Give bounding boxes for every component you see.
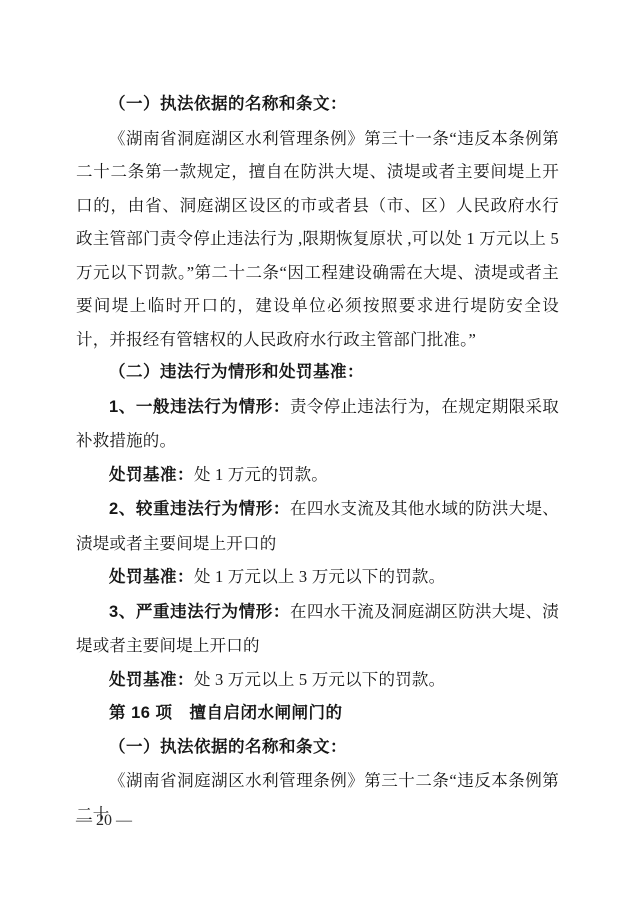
paragraph-text: （一）执法依据的名称和条文： bbox=[109, 738, 347, 756]
document-page: （一）执法依据的名称和条文：《湖南省洞庭湖区水利管理条例》第三十一条“违反本条例… bbox=[0, 0, 635, 898]
paragraph-text: 《湖南省洞庭湖区水利管理条例》第三十一条“违反本条例第二十二条第一款规定，擅自在… bbox=[76, 129, 559, 349]
paragraph: 《湖南省洞庭湖区水利管理条例》第三十二条“违反本条例第二十 bbox=[76, 764, 559, 831]
paragraph-text: 处 1 万元的罚款。 bbox=[194, 465, 328, 484]
item-label: 1、一般违法行为情形： bbox=[109, 398, 290, 416]
section-heading: （一）执法依据的名称和条文： bbox=[76, 88, 559, 122]
paragraph-text: 处 1 万元以上 3 万元以下的罚款。 bbox=[194, 567, 445, 586]
paragraph: 处罚基准：处 1 万元以上 3 万元以下的罚款。 bbox=[76, 560, 559, 595]
section-heading: 第 16 项 擅自启闭水闸闸门的 bbox=[76, 697, 559, 731]
item-label: 2、较重违法行为情形： bbox=[109, 500, 290, 518]
item-label: 3、严重违法行为情形： bbox=[109, 603, 290, 621]
item-label: 处罚基准： bbox=[109, 671, 194, 689]
document-body: （一）执法依据的名称和条文：《湖南省洞庭湖区水利管理条例》第三十一条“违反本条例… bbox=[76, 88, 559, 831]
paragraph-text: 第 16 项 擅自启闭水闸闸门的 bbox=[109, 704, 343, 722]
paragraph-text: 《湖南省洞庭湖区水利管理条例》第三十二条“违反本条例第二十 bbox=[76, 771, 559, 824]
item-label: 处罚基准： bbox=[109, 466, 194, 484]
section-heading: （一）执法依据的名称和条文： bbox=[76, 731, 559, 765]
paragraph-text: （二）违法行为情形和处罚基准： bbox=[109, 363, 364, 381]
paragraph: 处罚基准：处 3 万元以上 5 万元以下的罚款。 bbox=[76, 663, 559, 698]
item-label: 处罚基准： bbox=[109, 568, 194, 586]
section-heading: （二）违法行为情形和处罚基准： bbox=[76, 356, 559, 390]
paragraph: 1、一般违法行为情形：责令停止违法行为，在规定期限采取补救措施的。 bbox=[76, 390, 559, 458]
page-number-text: — 20 — bbox=[76, 812, 132, 829]
paragraph: 《湖南省洞庭湖区水利管理条例》第三十一条“违反本条例第二十二条第一款规定，擅自在… bbox=[76, 122, 559, 357]
paragraph-text: 处 3 万元以上 5 万元以下的罚款。 bbox=[194, 670, 445, 689]
paragraph: 2、较重违法行为情形：在四水支流及其他水域的防洪大堤、渍堤或者主要间堤上开口的 bbox=[76, 492, 559, 560]
paragraph: 处罚基准：处 1 万元的罚款。 bbox=[76, 458, 559, 493]
paragraph-text: （一）执法依据的名称和条文： bbox=[109, 95, 347, 113]
page-number: — 20 — bbox=[76, 810, 132, 832]
paragraph: 3、严重违法行为情形：在四水干流及洞庭湖区防洪大堤、渍堤或者主要间堤上开口的 bbox=[76, 595, 559, 663]
